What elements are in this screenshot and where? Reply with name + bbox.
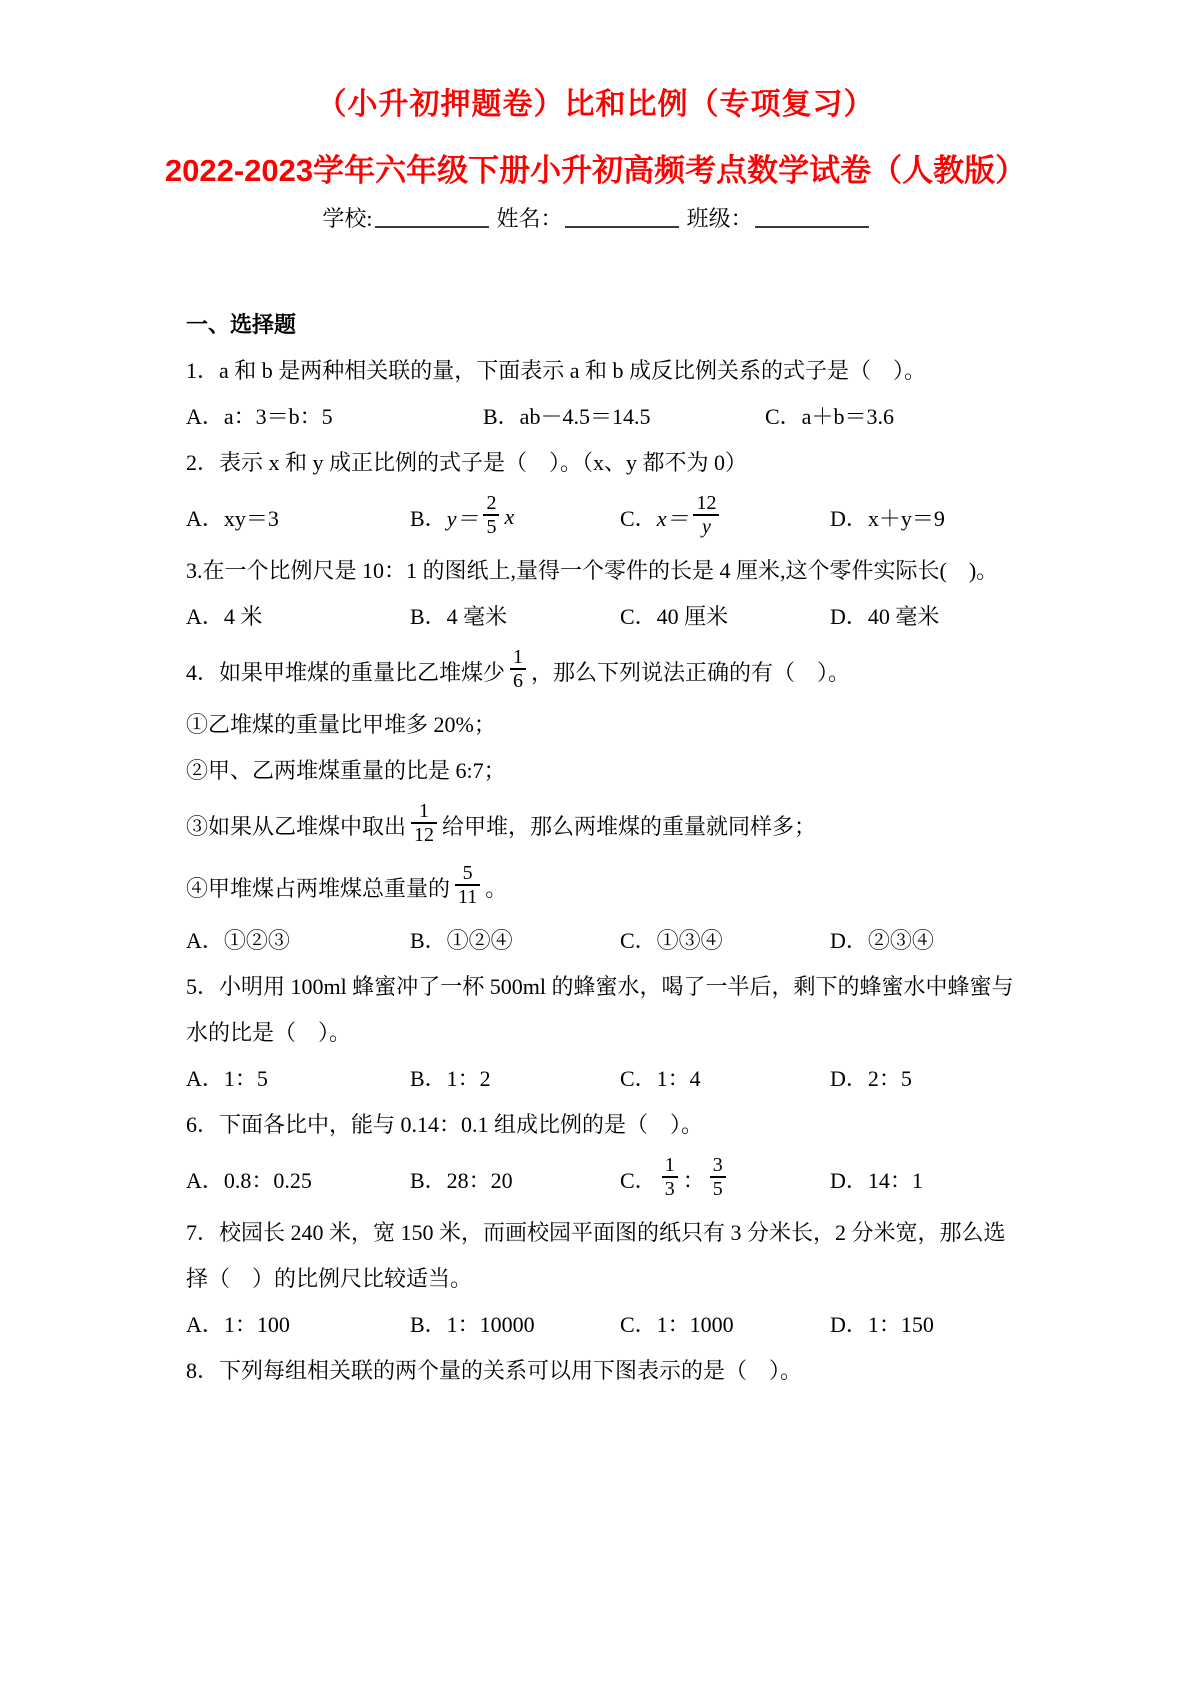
question-1-option-a: A．a：3＝b：5 [186, 394, 483, 440]
question-4-item-3: ③如果从乙堆煤中取出 112 给甲堆，那么两堆煤的重量就同样多； [186, 794, 1026, 856]
question-7-option-d: D．1：150 [830, 1302, 934, 1348]
fraction-denominator: y [693, 514, 719, 538]
question-1-options: A．a：3＝b：5 B．ab－4.5＝14.5 C．a＋b＝3.6 [186, 394, 1026, 440]
item-4-post: 。 [485, 872, 507, 903]
choice-questions-section: 一、选择题 1．a 和 b 是两种相关联的量，下面表示 a 和 b 成反比例关系… [186, 302, 1026, 1394]
question-7-options: A．1：100 B．1：10000 C．1：1000 D．1：150 [186, 1302, 1026, 1348]
exam-title: （小升初押题卷）比和比例（专项复习） [0, 0, 1191, 122]
exam-subtitle: 2022-2023学年六年级下册小升初高频考点数学试卷（人教版） [0, 152, 1191, 190]
fraction-1-6: 16 [510, 646, 526, 693]
fraction-numerator: 3 [710, 1154, 726, 1176]
question-3-option-a: A．4 米 [186, 594, 410, 640]
question-7-option-a: A．1：100 [186, 1302, 410, 1348]
question-4-stem-post: ，那么下列说法正确的有（ ）。 [531, 656, 850, 687]
exam-paper-page: （小升初押题卷）比和比例（专项复习） 2022-2023学年六年级下册小升初高频… [0, 0, 1191, 1684]
item-4-pre: ④甲堆煤占两堆煤总重量的 [186, 872, 450, 903]
question-1-option-b: B．ab－4.5＝14.5 [483, 394, 765, 440]
fraction-numerator: 1 [510, 646, 526, 668]
question-6-options: A．0.8：0.25 B．28：20 C． 13 ： 35 D．14：1 [186, 1148, 1026, 1210]
question-2-option-c: C． x＝ 12y [620, 494, 830, 541]
question-5-option-a: A．1：5 [186, 1056, 410, 1102]
fraction-denominator: 6 [510, 668, 526, 692]
fraction-1-12: 112 [411, 800, 437, 847]
student-info-line: 学校:姓名：班级： [0, 204, 1191, 234]
question-4-stem-pre: 4．如果甲堆煤的重量比乙堆煤少 [186, 656, 505, 687]
question-2-option-a: A．xy＝3 [186, 502, 410, 533]
question-4-option-d: D．②③④ [830, 918, 934, 964]
question-1-text: 1．a 和 b 是两种相关联的量，下面表示 a 和 b 成反比例关系的式子是（ … [186, 348, 1026, 394]
option-label: B． [410, 502, 447, 533]
question-4-option-a: A．①②③ [186, 918, 410, 964]
question-5-text-line2: 水的比是（ ）。 [186, 1010, 1026, 1056]
question-1-option-c: C．a＋b＝3.6 [765, 394, 894, 440]
question-4-item-2: ②甲、乙两堆煤重量的比是 6:7； [186, 748, 1026, 794]
fraction-denominator: 5 [483, 514, 499, 538]
math-expression: y＝ [447, 502, 479, 533]
question-8-text: 8．下列每组相关联的两个量的关系可以用下图表示的是（ ）。 [186, 1348, 1026, 1394]
fraction-denominator: 12 [411, 822, 437, 846]
question-2-options: A．xy＝3 B． y＝ 25 x C． x＝ 12y D．x＋y＝9 [186, 486, 1026, 548]
question-4-options: A．①②③ B．①②④ C．①③④ D．②③④ [186, 918, 1026, 964]
question-4-item-4: ④甲堆煤占两堆煤总重量的 511 。 [186, 856, 1026, 918]
fraction-numerator: 1 [662, 1154, 678, 1176]
question-5-option-d: D．2：5 [830, 1056, 912, 1102]
math-expression: x＝ [657, 502, 689, 533]
class-label: 班级： [687, 206, 753, 231]
ratio-separator: ： [683, 1164, 705, 1195]
question-3-options: A．4 米 B．4 毫米 C．40 厘米 D．40 毫米 [186, 594, 1026, 640]
fraction-numerator: 1 [411, 800, 437, 822]
question-4-item-1: ①乙堆煤的重量比甲堆多 20%； [186, 702, 1026, 748]
question-4-option-b: B．①②④ [410, 918, 620, 964]
fraction-numerator: 5 [455, 862, 480, 884]
question-6-option-c: C． 13 ： 35 [620, 1156, 830, 1203]
fraction-12-y: 12y [693, 492, 719, 539]
fraction-denominator: 3 [662, 1176, 678, 1200]
question-7-option-b: B．1：10000 [410, 1302, 620, 1348]
fraction-3-5: 35 [710, 1154, 726, 1201]
question-3-option-b: B．4 毫米 [410, 594, 620, 640]
fraction-5-11: 511 [455, 862, 480, 909]
question-7-text-line2: 择（ ）的比例尺比较适当。 [186, 1256, 1026, 1302]
school-blank-field[interactable] [375, 204, 489, 228]
question-3-option-d: D．40 毫米 [830, 594, 939, 640]
name-blank-field[interactable] [565, 204, 679, 228]
fraction-denominator: 11 [455, 884, 480, 908]
question-4-option-c: C．①③④ [620, 918, 830, 964]
question-6-option-d: D．14：1 [830, 1164, 923, 1195]
question-7-option-c: C．1：1000 [620, 1302, 830, 1348]
question-6-option-a: A．0.8：0.25 [186, 1164, 410, 1195]
question-6-option-b: B．28：20 [410, 1164, 620, 1195]
question-2-option-b: B． y＝ 25 x [410, 494, 620, 541]
option-label: C． [620, 1164, 657, 1195]
school-label: 学校: [322, 206, 372, 231]
question-3-option-c: C．40 厘米 [620, 594, 830, 640]
question-5-option-b: B．1：2 [410, 1056, 620, 1102]
fraction-numerator: 12 [693, 492, 719, 514]
section-heading: 一、选择题 [186, 302, 1026, 348]
math-expression: x [504, 504, 514, 530]
fraction-2-5: 25 [483, 492, 499, 539]
item-3-pre: ③如果从乙堆煤中取出 [186, 810, 406, 841]
question-4-text: 4．如果甲堆煤的重量比乙堆煤少 16 ，那么下列说法正确的有（ ）。 [186, 640, 1026, 702]
question-5-option-c: C．1：4 [620, 1056, 830, 1102]
fraction-1-3: 13 [662, 1154, 678, 1201]
fraction-denominator: 5 [710, 1176, 726, 1200]
name-label: 姓名： [497, 206, 563, 231]
item-3-post: 给甲堆，那么两堆煤的重量就同样多； [442, 810, 816, 841]
question-5-options: A．1：5 B．1：2 C．1：4 D．2：5 [186, 1056, 1026, 1102]
question-5-text-line1: 5．小明用 100ml 蜂蜜冲了一杯 500ml 的蜂蜜水，喝了一半后，剩下的蜂… [186, 964, 1026, 1010]
fraction-numerator: 2 [483, 492, 499, 514]
question-2-option-d: D．x＋y＝9 [830, 502, 945, 533]
question-6-text: 6．下面各比中，能与 0.14：0.1 组成比例的是（ ）。 [186, 1102, 1026, 1148]
class-blank-field[interactable] [755, 204, 869, 228]
option-label: C． [620, 502, 657, 533]
question-2-text: 2．表示 x 和 y 成正比例的式子是（ ）。（x、y 都不为 0） [186, 440, 1026, 486]
question-3-text: 3.在一个比例尺是 10：1 的图纸上,量得一个零件的长是 4 厘米,这个零件实… [186, 548, 1026, 594]
question-7-text-line1: 7．校园长 240 米，宽 150 米，而画校园平面图的纸只有 3 分米长，2 … [186, 1210, 1026, 1256]
